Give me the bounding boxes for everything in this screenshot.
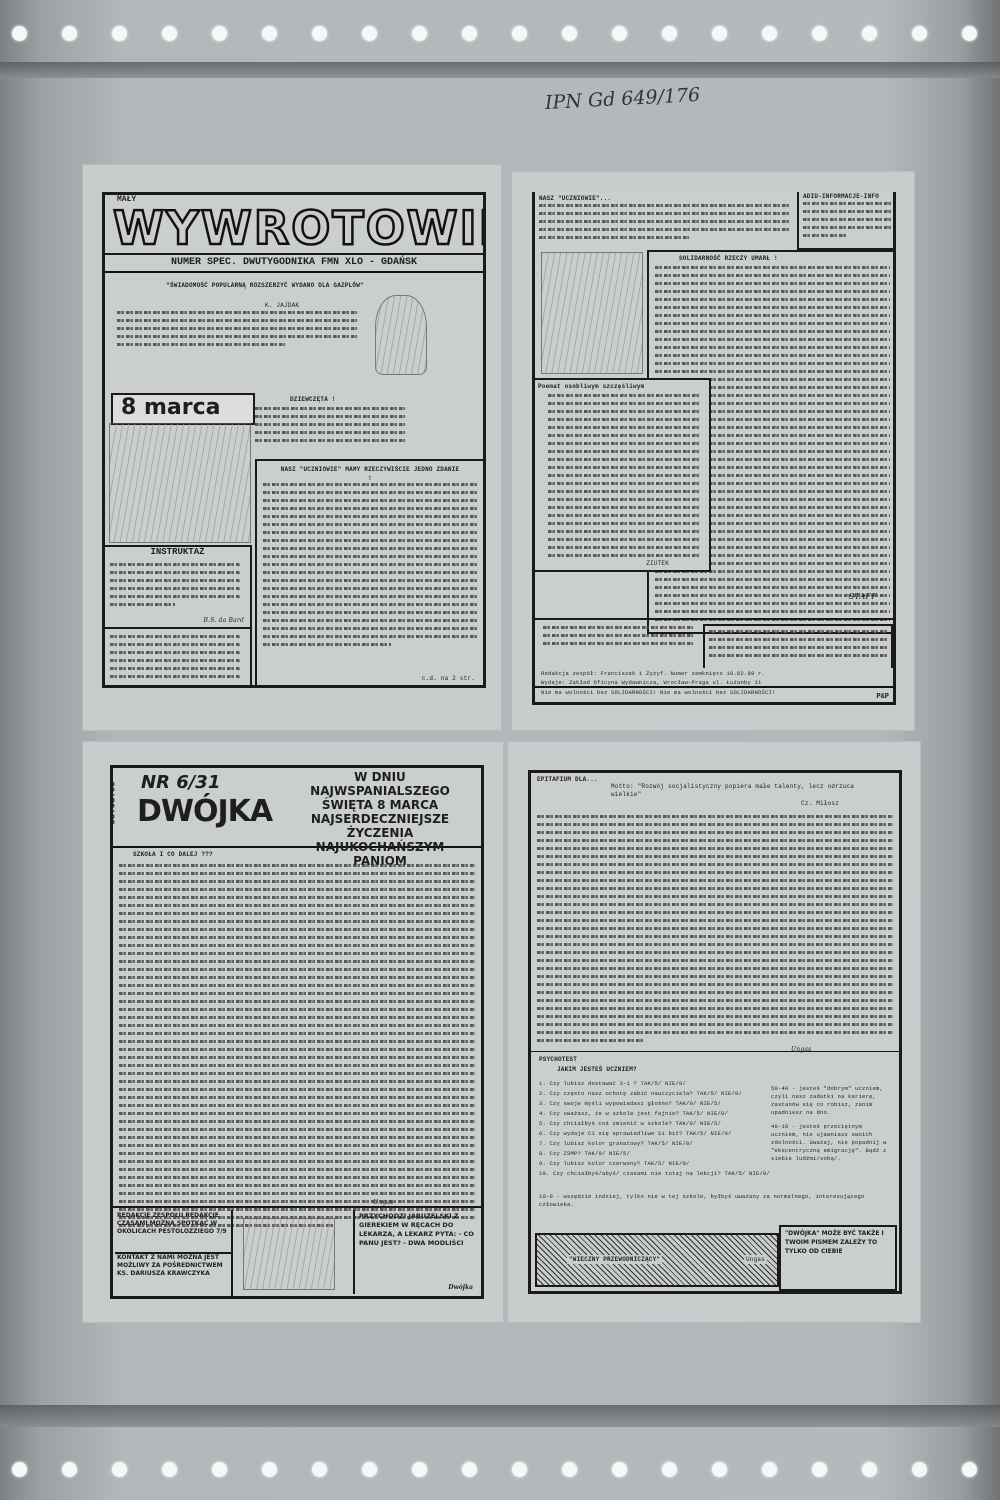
sprocket-hole xyxy=(212,1462,227,1477)
sprocket-hole xyxy=(312,26,327,41)
figures-illustration xyxy=(243,1218,335,1290)
poem-body xyxy=(255,407,405,447)
dedication-box xyxy=(703,624,893,670)
sprocket-hole xyxy=(862,26,877,41)
sprocket-holes-bottom xyxy=(0,1462,1000,1482)
newsletter-epitafium: EPITAFIUM DLA... Motto: "Rozwój socjalis… xyxy=(528,770,902,1294)
sprocket-hole xyxy=(562,26,577,41)
quiz-question: 9. Czy lubisz kolor czerwony? TAK/5/ NIE… xyxy=(539,1159,769,1169)
joke-box: PRZYCHODZI JARUZELSKI Z GIEREKIEM W RĘCA… xyxy=(353,1210,479,1294)
sprocket-hole xyxy=(762,1462,777,1477)
sprocket-hole xyxy=(962,1462,977,1477)
greeting-line: W DNIU NAJWSPANIALSZEGO xyxy=(283,770,477,798)
sprocket-hole xyxy=(662,1462,677,1477)
banner-wieczny-przewodniczacy: "WIECZNY PRZEWODNICZĄCY" Ungas xyxy=(535,1233,779,1287)
quiz-result: 50-40 - jesteś "dobrym" uczniem, czyli n… xyxy=(771,1085,893,1117)
sprocket-hole xyxy=(262,26,277,41)
masthead-subtitle: NUMER SPEC. DWUTYGODNIKA FMN XLO - GDAŃS… xyxy=(105,257,483,273)
sprocket-hole xyxy=(62,1462,77,1477)
newsletter-dwojka: 88.03.08 NR 6/31 DWÓJKA W DNIU NAJWSPANI… xyxy=(110,765,484,1299)
article-heading: NASZ "UCZNIOWIE"... xyxy=(539,194,611,203)
poem-box: Poemat osobliwym szczęśliwym ZIUTEK xyxy=(532,378,711,572)
greeting-line: ŻYCZENIA NAJUKOCHAŃSZYM xyxy=(283,826,477,854)
masthead-title: DWÓJKA xyxy=(137,794,272,829)
sprocket-hole xyxy=(512,1462,527,1477)
staff-signature: STAFF xyxy=(849,592,877,601)
editorial-contact-box: REDAKCJE ZESPOŁU REDAKCJE CZASAMI MOŻNA … xyxy=(115,1210,233,1254)
sprocket-hole xyxy=(412,26,427,41)
quiz-question: 5. Czy chciałbyś coś zmienić w szkole? T… xyxy=(539,1119,769,1129)
article-body xyxy=(537,815,893,1047)
article-signature: Ungas xyxy=(791,1045,811,1054)
join-us-box: "DWÓJKA" MOŻE BYĆ TAKŻE I TWOIM PISMEM Z… xyxy=(779,1225,897,1291)
article-heading: "ŚWIADOMOŚĆ POPULARNĄ ROZSZERZYĆ WYDANO … xyxy=(165,281,365,290)
sprocket-hole xyxy=(612,26,627,41)
quiz-questions: 1. Czy lubisz dostawać 3-1 ? TAK/5/ NIE/… xyxy=(539,1079,769,1179)
sprocket-hole xyxy=(712,26,727,41)
info-sidebar: ADIU-INFORMACJE-INFO xyxy=(797,192,896,250)
poem-heading: DZIEWCZĘTA ! xyxy=(290,395,336,404)
quiz-question: 8. Czy ZSMP? TAK/0/ NIE/5/ xyxy=(539,1149,769,1159)
divider xyxy=(532,618,896,622)
stalin-quote-box xyxy=(105,627,252,688)
sprocket-hole xyxy=(962,26,977,41)
film-edge-band-bottom xyxy=(0,1405,1000,1427)
sprocket-holes-top xyxy=(0,26,1000,46)
masthead-title: WYWROTOWIEC xyxy=(113,201,486,255)
sprocket-hole xyxy=(262,1462,277,1477)
publisher-line: Wydaje: Zakład Oficyna Wydawnicza, Wrocł… xyxy=(535,679,893,686)
sprocket-hole xyxy=(412,1462,427,1477)
quiz-question: 2. Czy często nasz ochotę zabić nauczyci… xyxy=(539,1089,769,1099)
sprocket-hole xyxy=(312,1462,327,1477)
sprocket-hole xyxy=(112,26,127,41)
newsletter-wywrotowiec: MAŁY WYWROTOWIEC NUMER SPEC. DWUTYGODNIK… xyxy=(102,192,486,688)
quiz-question: 4. Czy uważasz, że w szkole jest fajnie?… xyxy=(539,1109,769,1119)
sprocket-hole xyxy=(362,26,377,41)
quiz-question: 1. Czy lubisz dostawać 3-1 ? TAK/5/ NIE/… xyxy=(539,1079,769,1089)
article-heading: SZKOŁA I CO DALEJ ??? xyxy=(133,850,213,859)
article-motto: Motto: "Rozwój socjalistyczny popiera ma… xyxy=(611,783,871,799)
sprocket-hole xyxy=(662,26,677,41)
instruktaz-box: INSTRUKTAŻ B.S. da Bard xyxy=(105,545,252,629)
banner-8-marca: 8 marca xyxy=(111,393,255,425)
sprocket-hole xyxy=(462,26,477,41)
sprocket-hole xyxy=(62,26,77,41)
sprocket-hole xyxy=(762,26,777,41)
masthead: MAŁY WYWROTOWIEC xyxy=(105,195,483,255)
article-body xyxy=(119,864,475,1232)
quiz-question: 6. Czy wydaje Ci się sprawiedliwe Si bić… xyxy=(539,1129,769,1139)
sprocket-hole xyxy=(912,26,927,41)
article-uczniowie: NASI "UCZNIOWIE" MAMY RZECZYWIŚCIE JEDNO… xyxy=(255,459,483,685)
sprocket-hole xyxy=(562,1462,577,1477)
editorial-line: Redakcja zespół: Franciszek i Zyzyf. Num… xyxy=(535,668,893,679)
sprocket-hole xyxy=(362,1462,377,1477)
sprocket-hole xyxy=(512,26,527,41)
crowd-illustration xyxy=(109,423,251,543)
greeting-line: ŚWIĘTA 8 MARCA xyxy=(283,798,477,812)
sprocket-hole xyxy=(612,1462,627,1477)
sprocket-hole xyxy=(812,26,827,41)
film-edge-band-top xyxy=(0,62,1000,78)
quiz-result-low: 10-0 - wszędzie indziej, tylko nie w tej… xyxy=(539,1193,891,1209)
quiz-subheading: JAKIM JESTEŚ UCZNIEM? xyxy=(557,1065,637,1074)
motto-author: Cz. Miłosz xyxy=(801,799,839,808)
quiz-question: 7. Czy lubisz kolor granatowy? TAK/5/ NI… xyxy=(539,1139,769,1149)
sprocket-hole xyxy=(112,1462,127,1477)
sprocket-hole xyxy=(912,1462,927,1477)
sprocket-hole xyxy=(712,1462,727,1477)
sprocket-hole xyxy=(462,1462,477,1477)
quiz-results: 50-40 - jesteś "dobrym" uczniem, czyli n… xyxy=(771,1085,893,1169)
article-body xyxy=(539,204,789,244)
sprocket-hole xyxy=(162,26,177,41)
issue-number: NR 6/31 xyxy=(141,772,220,793)
newsletter-page-2-footer: Redakcja zespół: Franciszek i Zyzyf. Num… xyxy=(532,668,896,705)
sprocket-hole xyxy=(12,26,27,41)
quiz-result: 40-10 - jesteś przeciętnym uczniem, nie … xyxy=(771,1123,893,1163)
sprocket-hole xyxy=(812,1462,827,1477)
contact-box: KONTAKT Z NAMI MOŻNA JEST MOŻLIWY ZA POŚ… xyxy=(115,1252,233,1296)
sprocket-hole xyxy=(12,1462,27,1477)
perfume-illustration xyxy=(375,295,427,375)
article-heading: EPITAFIUM DLA... xyxy=(537,775,598,784)
greeting-line: NAJSERDECZNIEJSZE xyxy=(283,812,477,826)
sprocket-hole xyxy=(212,26,227,41)
quiz-question: 3. Czy swoje myśli wypowiadasz głośno? T… xyxy=(539,1099,769,1109)
article-body xyxy=(117,311,357,351)
masthead: 88.03.08 NR 6/31 DWÓJKA W DNIU NAJWSPANI… xyxy=(113,768,481,848)
article-byline: K. JAJDAK xyxy=(265,301,299,310)
quiz-heading: PSYCHOTEST xyxy=(539,1055,577,1064)
quiz-question: 10. Czy chciałbyś/abyś/ czasami nie tuta… xyxy=(539,1169,769,1179)
stamp: P&P xyxy=(876,693,889,701)
speaker-podium-illustration xyxy=(541,252,643,374)
sprocket-hole xyxy=(162,1462,177,1477)
issue-date: 88.03.08 xyxy=(110,781,118,824)
russian-quote xyxy=(543,626,693,650)
divider xyxy=(531,1051,899,1052)
womens-day-greeting: W DNIU NAJWSPANIALSZEGOŚWIĘTA 8 MARCANAJ… xyxy=(283,770,477,868)
slogan-line: Nie ma wolności bez SOLIDARNOŚCI! Nie ma… xyxy=(535,686,893,697)
newsletter-page-2: NASZ "UCZNIOWIE"... ADIU-INFORMACJE-INFO… xyxy=(532,192,896,671)
sprocket-hole xyxy=(862,1462,877,1477)
footer-row: REDAKCJE ZESPOŁU REDAKCJE CZASAMI MOŻNA … xyxy=(113,1206,481,1296)
